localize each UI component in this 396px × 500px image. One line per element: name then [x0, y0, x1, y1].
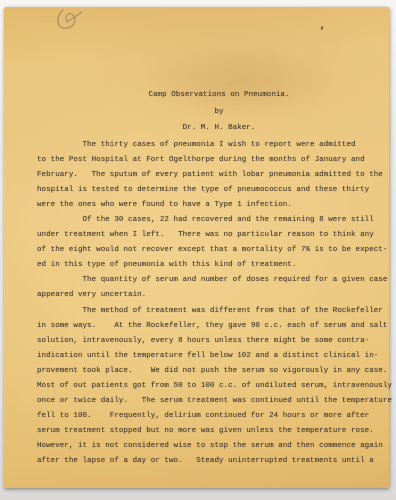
typewritten-line: to the Post Hospital at Fort Ogelthorpe …: [37, 153, 396, 168]
typewritten-line: The quantity of serum and number of dose…: [37, 273, 396, 288]
document-author: Dr. M. H. Baker.: [21, 124, 396, 132]
typewritten-line: February. The sputum of every patient wi…: [37, 168, 396, 183]
ink-speck: [320, 26, 323, 30]
typewritten-line: were the ones who were found to have a T…: [37, 198, 396, 213]
typewritten-line: appeared very uncertain.: [37, 288, 396, 303]
typewritten-line: Of the 30 cases, 22 had recovered and th…: [37, 213, 396, 228]
document-title: Camp Observations on Pneumonia.: [21, 91, 396, 99]
pencil-scribble-mark: [48, 7, 100, 37]
typewritten-line: The method of treatment was different fr…: [37, 304, 396, 319]
typewritten-line: under treatment when I left. There was n…: [37, 228, 396, 243]
typewritten-line: provement took place. We did not push th…: [37, 364, 396, 379]
typewritten-line: hospital is tested to determine the type…: [37, 183, 396, 198]
scanned-document-scene: Camp Observations on Pneumonia. by Dr. M…: [0, 0, 396, 500]
typewritten-line: The thirty cases of pneumonia I wish to …: [37, 138, 396, 153]
typewritten-line: solution, intravenously, every 8 hours u…: [37, 334, 396, 349]
paper-sheet: Camp Observations on Pneumonia. by Dr. M…: [4, 7, 389, 488]
typewritten-line: However, it is not considered wise to st…: [37, 439, 396, 454]
typewritten-line: once or twice daily. The serum treatment…: [37, 394, 396, 409]
typewritten-line: fell to 100. Frequently, delirium contin…: [37, 409, 396, 424]
document-byline: by: [21, 108, 396, 116]
typewritten-line: after the lapse of a day or two. Steady …: [37, 454, 396, 469]
typewritten-line: in some ways. At the Rockefeller, they g…: [37, 319, 396, 334]
typewritten-line: Most of out patients got from 50 to 100 …: [37, 379, 396, 394]
typewritten-body: The thirty cases of pneumonia I wish to …: [37, 138, 396, 469]
typewritten-line: ed in this type of pneumonia with this k…: [37, 258, 396, 273]
typewritten-line: indication until the temperature fell be…: [37, 349, 396, 364]
typewritten-line: of the eight would not recover except th…: [37, 243, 396, 258]
typewritten-line: serum treatment stopped but no more was …: [37, 424, 396, 439]
